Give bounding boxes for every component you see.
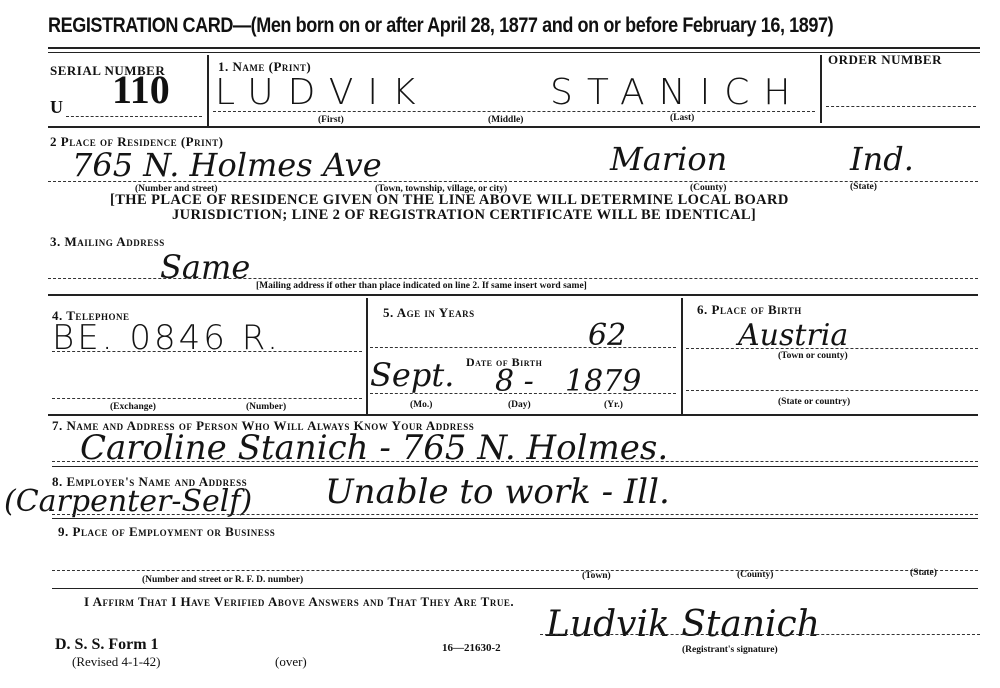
title-rule <box>48 47 980 49</box>
form-revised: (Revised 4-1-42) <box>72 654 160 670</box>
signature-caption: (Registrant's signature) <box>682 645 778 655</box>
order-divider <box>820 55 822 123</box>
last-caption: (Last) <box>670 113 694 123</box>
telephone-value: BE. 0846 R. <box>52 318 281 358</box>
mailing-address-label: 3. Mailing Address <box>50 234 165 250</box>
age-divider <box>681 298 683 416</box>
over-note: (over) <box>275 654 307 670</box>
serial-prefix: U <box>50 97 64 118</box>
employment-street-caption: (Number and street or R. F. D. number) <box>142 575 303 585</box>
first-caption: (First) <box>318 115 344 125</box>
mailing-line <box>48 278 978 279</box>
employment-rule <box>52 588 978 589</box>
residence-town-value: Marion <box>610 140 727 178</box>
first-name-value: LUDVIK <box>215 72 430 113</box>
birthplace-line-2 <box>686 390 978 391</box>
tel-divider <box>366 298 368 416</box>
mailing-caption: [Mailing address if other than place ind… <box>256 281 587 291</box>
employment-label: 9. Place of Employment or Business <box>58 524 275 540</box>
last-name-value: STANICH <box>550 72 804 113</box>
employment-line <box>52 570 978 571</box>
row3-rule <box>48 294 978 296</box>
dob-month-value: Sept. <box>370 356 454 394</box>
month-caption: (Mo.) <box>410 400 432 410</box>
order-number-label: ORDER NUMBER <box>828 52 942 68</box>
form-number: D. S. S. Form 1 <box>55 636 159 654</box>
name-line <box>213 111 815 112</box>
contact-value: Caroline Stanich - 765 N. Holmes. <box>80 428 668 468</box>
day-caption: (Day) <box>508 400 531 410</box>
affirm-text: I Affirm That I Have Verified Above Answ… <box>84 594 514 610</box>
employer-rule <box>52 518 978 519</box>
serial-line <box>66 116 202 117</box>
contact-rule <box>52 466 978 467</box>
year-caption: (Yr.) <box>604 400 623 410</box>
birthplace-town-caption: (Town or county) <box>778 351 848 361</box>
dob-line <box>370 393 676 394</box>
age-line <box>370 347 676 348</box>
mailing-address-value: Same <box>160 248 250 286</box>
signature-line <box>540 634 980 635</box>
serial-number-value: 110 <box>112 66 170 113</box>
exchange-caption: (Exchange) <box>110 402 156 412</box>
serial-divider <box>207 55 209 127</box>
order-line <box>826 106 976 107</box>
middle-caption: (Middle) <box>488 115 523 125</box>
residence-state-value: Ind. <box>850 140 914 178</box>
card-title: REGISTRATION CARD—(Men born on or after … <box>48 14 833 38</box>
birthplace-label: 6. Place of Birth <box>697 302 802 318</box>
row6-rule <box>48 414 978 416</box>
number-caption: (Number) <box>246 402 286 412</box>
age-label: 5. Age in Years <box>383 305 475 321</box>
print-code: 16—21630-2 <box>442 642 501 654</box>
employment-state-caption: (State) <box>910 568 937 578</box>
row1-rule <box>48 126 980 128</box>
residence-line <box>48 181 978 182</box>
employer-line <box>52 514 978 515</box>
telephone-line-2 <box>52 398 362 399</box>
contact-line <box>52 461 978 462</box>
state-caption: (State) <box>850 182 877 192</box>
employment-town-caption: (Town) <box>582 571 611 581</box>
birthplace-line <box>686 348 978 349</box>
residence-notice-line2: JURISDICTION; LINE 2 OF REGISTRATION CER… <box>172 207 756 224</box>
birthplace-state-caption: (State or country) <box>778 397 850 407</box>
employment-county-caption: (County) <box>737 570 773 580</box>
signature-value: Ludvik Stanich <box>546 604 820 645</box>
employer-value: Unable to work - Ill. <box>325 472 670 512</box>
residence-street-value: 765 N. Holmes Ave <box>72 146 382 184</box>
telephone-line <box>52 351 362 352</box>
